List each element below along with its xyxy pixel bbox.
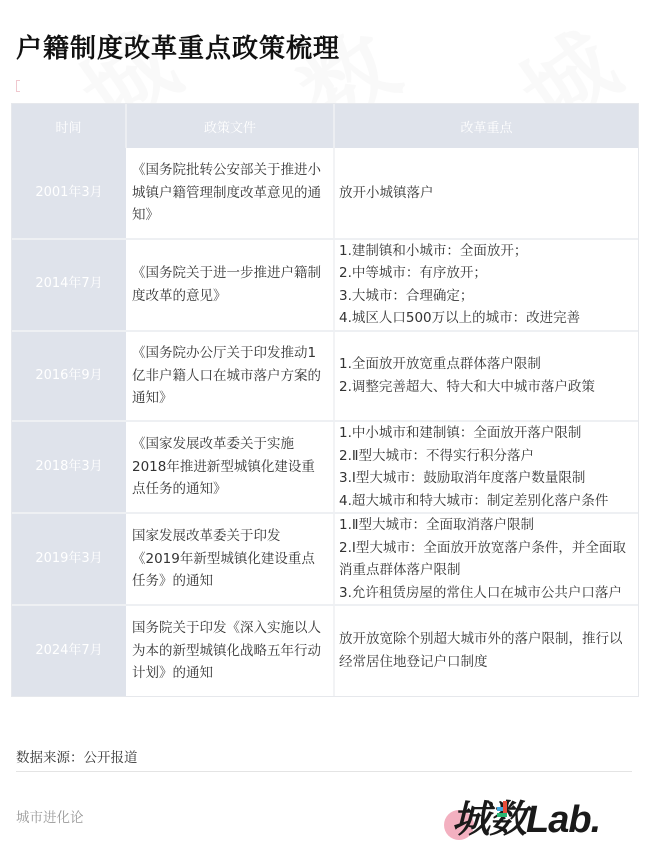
focus-item: 4.城区人口500万以上的城市：改进完善 [339,307,632,330]
logo-cn-1: 城 [452,799,489,841]
logo-en: Lab. [526,799,600,841]
cell-time: 2024年7月 [12,605,126,696]
focus-item: 1.建制镇和小城市：全面放开； [339,240,632,263]
focus-item: 1.全面放开放宽重点群体落户限制 [339,353,632,376]
cell-time: 2019年3月 [12,513,126,605]
cell-focus: 放开放宽除个别超大城市外的落户限制，推行以经常居住地登记户口制度 [334,605,638,696]
cell-document: 《国家发展改革委关于实施2018年推进新型城镇化建设重点任务的通知》 [126,421,334,513]
brand-name: 城市进化论 [16,806,84,826]
logo-green-bar [497,813,507,817]
focus-item: 1.Ⅱ型大城市：全面取消落户限制 [339,514,632,537]
cell-time: 2018年3月 [12,421,126,513]
policy-table: 时间 政策文件 改革重点 2001年3月 《国务院批转公安部关于推进小城镇户籍管… [12,104,638,696]
table-row: 2016年9月 《国务院办公厅关于印发推动1亿非户籍人口在城市落户方案的通知》 … [12,331,638,422]
cell-focus: 1.全面放开放宽重点群体落户限制 2.调整完善超大、特大和大中城市落户政策 [334,331,638,422]
page-title: 户籍制度改革重点政策梳理 [16,28,340,65]
cell-document: 《国务院批转公安部关于推进小城镇户籍管理制度改革意见的通知》 [126,148,334,239]
table-row: 2018年3月 《国家发展改革委关于实施2018年推进新型城镇化建设重点任务的通… [12,421,638,513]
focus-item: 3.允许租赁房屋的常住人口在城市公共户口落户 [339,582,632,605]
data-source-note: 数据来源：公开报道 [16,746,138,766]
table-row: 2019年3月 国家发展改革委关于印发《2019年新型城镇化建设重点任务》的通知… [12,513,638,605]
logo-wordmark: 城数Lab. [452,788,600,843]
logo-red-bar [503,801,507,813]
focus-item: 1.中小城市和建制镇：全面放开落户限制 [339,422,632,445]
table-row: 2001年3月 《国务院批转公安部关于推进小城镇户籍管理制度改革意见的通知》 放… [12,148,638,239]
cell-time: 2001年3月 [12,148,126,239]
logo-cn-2-text: 数 [489,799,526,841]
focus-item: 3.Ⅰ型大城市：鼓励取消年度落户数量限制 [339,467,632,490]
cell-document: 《国务院关于进一步推进户籍制度改革的意见》 [126,239,334,331]
focus-item: 3.大城市：合理确定； [339,285,632,308]
table-row: 2014年7月 《国务院关于进一步推进户籍制度改革的意见》 1.建制镇和小城市：… [12,239,638,331]
cell-focus: 1.建制镇和小城市：全面放开； 2.中等城市：有序放开； 3.大城市：合理确定；… [334,239,638,331]
cell-document: 《国务院办公厅关于印发推动1亿非户籍人口在城市落户方案的通知》 [126,331,334,422]
logo-cn-2: 数 [489,799,526,841]
focus-item: 2.Ⅱ型大城市：不得实行积分落户 [339,445,632,468]
cell-focus: 1.Ⅱ型大城市：全面取消落户限制 2.Ⅰ型大城市：全面放开放宽落户条件，并全面取… [334,513,638,605]
cell-document: 国务院关于印发《深入实施以人为本的新型城镇化战略五年行动计划》的通知 [126,605,334,696]
header-document: 政策文件 [126,104,334,148]
cell-time: 2016年9月 [12,331,126,422]
table-header-row: 时间 政策文件 改革重点 [12,104,638,148]
focus-item: 2.Ⅰ型大城市：全面放开放宽落户条件，并全面取消重点群体落户限制 [339,537,632,582]
focus-item: 2.中等城市：有序放开； [339,262,632,285]
footer-divider [16,771,632,772]
cell-time: 2014年7月 [12,239,126,331]
cell-focus: 放开小城镇落户 [334,148,638,239]
cell-focus: 1.中小城市和建制镇：全面放开落户限制 2.Ⅱ型大城市：不得实行积分落户 3.Ⅰ… [334,421,638,513]
header-time: 时间 [12,104,126,148]
focus-item: 放开小城镇落户 [339,182,632,205]
table-row: 2024年7月 国务院关于印发《深入实施以人为本的新型城镇化战略五年行动计划》的… [12,605,638,696]
focus-item: 2.调整完善超大、特大和大中城市落户政策 [339,376,632,399]
focus-item: 放开放宽除个别超大城市外的落户限制，推行以经常居住地登记户口制度 [339,628,632,673]
header-focus: 改革重点 [334,104,638,148]
brand-logo: 城数Lab. [442,788,642,844]
cell-document: 国家发展改革委关于印发《2019年新型城镇化建设重点任务》的通知 [126,513,334,605]
focus-item: 4.超大城市和特大城市：制定差别化落户条件 [339,490,632,513]
decorative-mark [16,80,20,92]
